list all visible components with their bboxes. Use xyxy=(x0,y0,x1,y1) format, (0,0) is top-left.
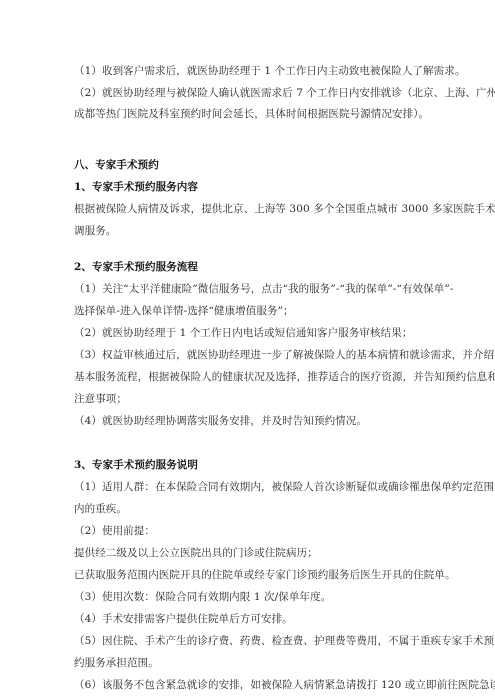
subsection-heading: 3、专家手术预约服务说明 xyxy=(74,458,198,472)
paragraph: （4）手术安排需客户提供住院单后方可安排。 xyxy=(74,612,293,626)
subsection-heading: 1、专家手术预约服务内容 xyxy=(74,180,198,194)
paragraph: （2）就医协助经理于 1 个工作日内电话或短信通知客户服务审核结果； xyxy=(74,326,412,340)
paragraph: 选择保单-进入保单详情-选择“健康增值服务”； xyxy=(74,304,294,318)
paragraph: 已获取服务范围内医院开具的住院单或经专家门诊预约服务后医生开具的住院单。 xyxy=(74,568,456,582)
paragraph: 内的重疾。 xyxy=(74,502,127,516)
paragraph: （6）该服务不包含紧急就诊的安排，如被保险人病情紧急请拨打 120 或立即前往医… xyxy=(74,678,495,692)
paragraph: （2）就医协助经理与被保险人确认就医需求后 7 个工作日内安排就诊（北京、上海、… xyxy=(74,86,495,100)
paragraph: 约服务承担范围。 xyxy=(74,656,159,670)
paragraph: 提供经二级及以上公立医院出具的门诊或住院病历； xyxy=(74,546,318,560)
paragraph: （5）因住院、手术产生的诊疗费、药费、检查费、护理费等费用，不属于重疾专家手术预 xyxy=(74,634,494,648)
paragraph: 根据被保险人病情及诉求，提供北京、上海等 300 多个全国重点城市 3000 多… xyxy=(74,202,495,216)
subsection-heading: 2、专家手术预约服务流程 xyxy=(74,260,198,274)
paragraph: （2）使用前提： xyxy=(74,524,155,538)
paragraph: 调服务。 xyxy=(74,224,116,238)
paragraph: 注意事项； xyxy=(74,392,127,406)
paragraph: （1）适用人群：在本保险合同有效期内，被保险人首次诊断疑似或确诊罹患保单约定范围 xyxy=(74,480,494,494)
paragraph: （4）就医协助经理协调落实服务安排，并及时告知预约情况。 xyxy=(74,414,367,428)
paragraph: （1）收到客户需求后，就医协助经理于 1 个工作日内主动致电被保险人了解需求。 xyxy=(74,64,465,78)
paragraph: 基本服务流程，根据被保险人的健康状况及选择，推荐适合的医疗资源，并告知预约信息和 xyxy=(74,370,495,384)
document-page: （1）收到客户需求后，就医协助经理于 1 个工作日内主动致电被保险人了解需求。 … xyxy=(0,0,495,700)
paragraph: （3）使用次数：保险合同有效期内限 1 次/保单年度。 xyxy=(74,590,331,604)
paragraph: （3）权益审核通过后，就医协助经理进一步了解被保险人的基本病情和就诊需求，并介绍 xyxy=(74,348,494,362)
paragraph: （1）关注“太平洋健康险”微信服务号，点击“我的服务”-“我的保单”-“有效保单… xyxy=(74,282,453,296)
section-heading: 八、专家手术预约 xyxy=(74,158,159,172)
paragraph: 成都等热门医院及科室预约时间会延长，具体时间根据医院号源情况安排）。 xyxy=(74,107,429,121)
